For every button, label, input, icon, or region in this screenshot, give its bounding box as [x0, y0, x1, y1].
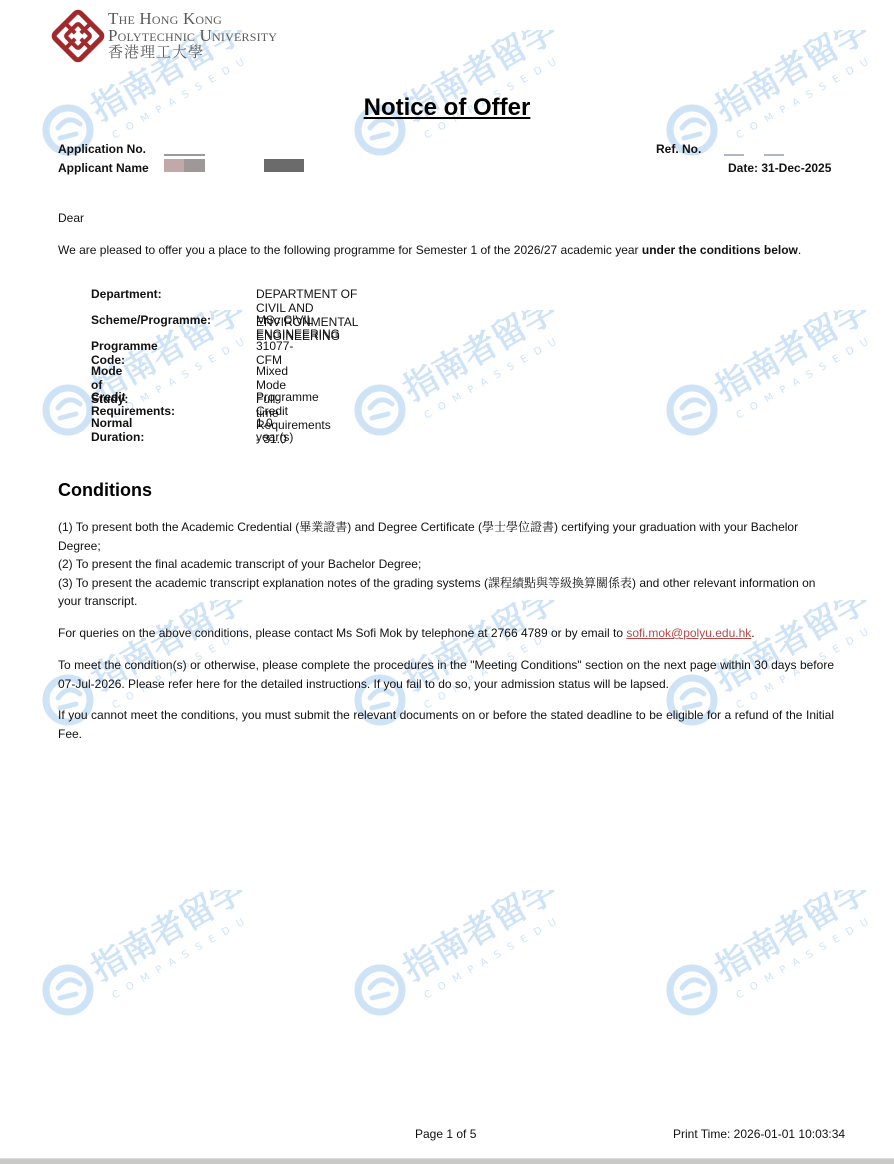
detail-label: Programme Code: — [91, 339, 158, 367]
offer-date: Date: 31-Dec-2025 — [728, 161, 831, 175]
page-title: Notice of Offer — [0, 94, 894, 122]
detail-value: 1.0 year(s) — [256, 416, 293, 444]
page-number: Page 1 of 5 — [415, 1127, 476, 1141]
document-page: 指南者留学COMPASSEDU指南者留学COMPASSEDU指南者留学COMPA… — [0, 0, 894, 1158]
refund-paragraph: If you cannot meet the conditions, you m… — [58, 706, 834, 743]
condition-item: (2) To present the final academic transc… — [58, 555, 834, 574]
intro-bold-text: under the conditions below — [642, 243, 798, 257]
redaction-bar — [264, 159, 304, 172]
meeting-conditions-paragraph: To meet the condition(s) or otherwise, p… — [58, 656, 834, 693]
condition-item: (1) To present both the Academic Credent… — [58, 518, 834, 555]
redaction-bar — [164, 159, 184, 172]
university-name-chinese: 香港理工大學 — [108, 44, 277, 62]
redaction-bar — [164, 154, 205, 156]
university-name: The Hong Kong Polytechnic University 香港理… — [108, 10, 277, 62]
intro-end: . — [798, 243, 801, 257]
redaction-bar — [724, 154, 744, 156]
polyu-logo-icon — [51, 9, 105, 63]
contact-text: For queries on the above conditions, ple… — [58, 626, 626, 640]
intro-paragraph: We are pleased to offer you a place to t… — [58, 241, 848, 260]
application-no-label: Application No. — [58, 142, 146, 156]
contact-end: . — [751, 626, 754, 640]
university-name-line1: The Hong Kong — [108, 10, 277, 27]
detail-value: MSc CIVIL ENGINEERING — [256, 313, 340, 341]
conditions-heading: Conditions — [58, 480, 152, 501]
detail-label: Credit Requirements: — [91, 390, 175, 418]
contact-email-link[interactable]: sofi.mok@polyu.edu.hk — [626, 626, 751, 640]
condition-item: (3) To present the academic transcript e… — [58, 574, 834, 611]
print-time: Print Time: 2026-01-01 10:03:34 — [673, 1127, 845, 1141]
detail-label: Scheme/Programme: — [91, 313, 211, 327]
redaction-bar — [764, 154, 784, 156]
redaction-bar — [184, 159, 205, 172]
viewer-bottom-edge — [0, 1158, 894, 1164]
detail-label: Department: — [91, 287, 162, 301]
ref-no-label: Ref. No. — [656, 142, 701, 156]
detail-label: Normal Duration: — [91, 416, 144, 444]
applicant-name-label: Applicant Name — [58, 161, 149, 175]
contact-paragraph: For queries on the above conditions, ple… — [58, 624, 834, 643]
salutation: Dear — [58, 209, 84, 228]
conditions-list: (1) To present both the Academic Credent… — [58, 518, 834, 611]
detail-value: 31077-CFM — [256, 339, 293, 367]
intro-text: We are pleased to offer you a place to t… — [58, 243, 642, 257]
university-name-line2: Polytechnic University — [108, 27, 277, 44]
